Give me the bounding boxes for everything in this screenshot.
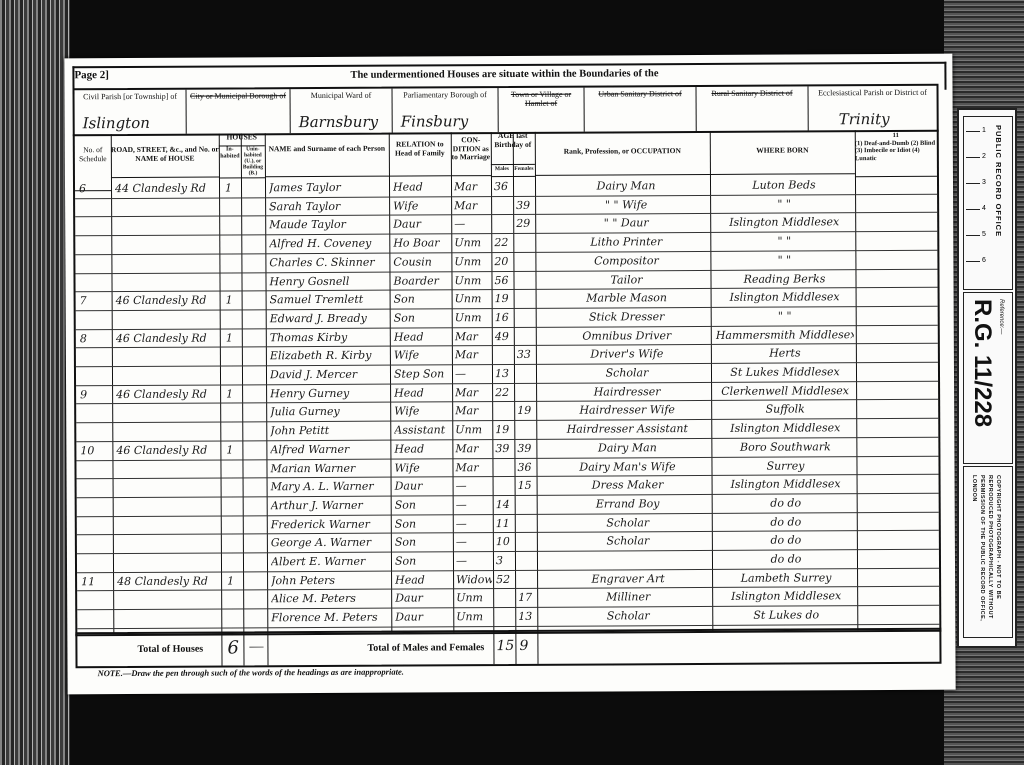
inhabited-mark: 1 — [226, 443, 240, 456]
marital-condition: Mar — [455, 330, 491, 343]
age-male: 39 — [495, 442, 513, 455]
header-relation: RELATION to Head of Family — [389, 132, 451, 176]
marital-condition: — — [456, 517, 492, 530]
marital-condition: Unm — [454, 236, 490, 249]
header-inhabited: In-habited — [219, 146, 241, 178]
occupation: Driver's Wife — [546, 347, 708, 361]
age-male: 19 — [495, 292, 513, 305]
birthplace: St Lukes do — [717, 608, 855, 622]
occupation: Milliner — [547, 590, 709, 604]
age-female: 36 — [517, 460, 535, 473]
relation-to-head: Head — [394, 386, 450, 399]
boundary-parliamentary-borough: Parliamentary Borough of Finsbury — [393, 88, 499, 133]
road-address: 46 Clandesly Rd — [116, 387, 218, 401]
header-houses: HOUSES — [219, 133, 265, 146]
relation-to-head: Son — [394, 311, 450, 324]
person-name: John Petitt — [270, 424, 388, 438]
occupation: Hairdresser — [546, 385, 708, 399]
marital-condition: Unm — [455, 423, 491, 436]
total-uninhabited-value: — — [249, 639, 263, 655]
person-name: Henry Gosnell — [269, 274, 387, 288]
road-address: 46 Clandesly Rd — [116, 443, 218, 457]
ruler-scale: PUBLIC RECORD OFFICE 123456 — [963, 116, 1013, 290]
occupation: Stick Dresser — [546, 310, 708, 324]
relation-to-head: Head — [394, 330, 450, 343]
record-office-name: PUBLIC RECORD OFFICE — [994, 125, 1003, 237]
marital-condition: — — [456, 554, 492, 567]
marital-condition: Mar — [455, 442, 491, 455]
person-name: Arthur J. Warner — [271, 499, 389, 513]
person-name: George A. Warner — [271, 536, 389, 550]
relation-to-head: Daur — [395, 480, 451, 493]
ruler-mark-label: 2 — [982, 153, 986, 160]
person-name: Marian Warner — [270, 461, 388, 475]
marital-condition: Unm — [454, 274, 490, 287]
census-table: No. of Schedule ROAD, STREET, &c., and N… — [73, 130, 942, 637]
birthplace: Islington Middlesex — [715, 216, 853, 230]
relation-to-head: Daur — [395, 592, 451, 605]
relation-to-head: Wife — [394, 461, 450, 474]
ruler-tick — [966, 157, 980, 158]
total-males-value: 15 — [496, 638, 514, 654]
birthplace: Hammersmith Middlesex — [716, 328, 854, 342]
occupation: Omnibus Driver — [546, 329, 708, 343]
schedule-number: 6 — [79, 182, 105, 195]
relation-to-head: Ho Boar — [393, 236, 449, 249]
relation-to-head: Son — [395, 498, 451, 511]
relation-to-head: Head — [393, 180, 449, 193]
birthplace: Lambeth Surrey — [717, 571, 855, 585]
marital-condition: — — [456, 498, 492, 511]
marital-condition: Mar — [455, 348, 491, 361]
occupation: Scholar — [547, 609, 709, 623]
header-road: ROAD, STREET, &c., and No. or NAME of HO… — [111, 134, 219, 179]
occupation: Dairy Man — [546, 441, 708, 455]
total-houses-value: 6 — [227, 637, 239, 658]
total-females-value: 9 — [519, 638, 528, 654]
reference-label: Reference:— — [998, 299, 1004, 334]
page-title: The undermentioned Houses are situate wi… — [350, 68, 658, 81]
age-male: 16 — [495, 311, 513, 324]
birthplace: do do — [717, 496, 855, 510]
occupation: Engraver Art — [547, 572, 709, 586]
marital-condition: Mar — [454, 180, 490, 193]
schedule-number: 9 — [80, 388, 106, 401]
header-age: AGE last Birthday of — [491, 132, 535, 165]
marital-condition: Unm — [456, 591, 492, 604]
relation-to-head: Wife — [393, 199, 449, 212]
boundary-ward: Municipal Ward of Barnsbury — [291, 89, 393, 134]
occupation: Tailor — [545, 272, 707, 286]
marital-condition: — — [456, 535, 492, 548]
birthplace: do do — [717, 515, 855, 529]
schedule-number: 10 — [80, 444, 106, 457]
ruler-mark-label: 5 — [982, 231, 986, 238]
person-name: Alfred Warner — [270, 442, 388, 456]
record-office-tag: PUBLIC RECORD OFFICE 123456 Reference:— … — [957, 108, 1017, 648]
age-male: 10 — [496, 535, 514, 548]
age-male: 19 — [495, 423, 513, 436]
total-houses-label: Total of Houses — [137, 644, 203, 655]
birthplace: Herts — [716, 346, 854, 360]
totals-row: Total of Houses 6 — Total of Males and F… — [75, 628, 941, 669]
person-name: John Peters — [271, 573, 389, 587]
boundary-urban-sanitary: Urban Sanitary District of — [585, 87, 697, 132]
occupation: " " Daur — [545, 216, 707, 230]
header-females: Females — [513, 165, 535, 177]
ruler-mark-label: 3 — [982, 179, 986, 186]
age-male: 14 — [496, 498, 514, 511]
age-female: 17 — [518, 591, 536, 604]
ruler-tick — [966, 183, 980, 184]
age-male: 49 — [495, 330, 513, 343]
boundary-town-village: Town or Village or Hamlet of — [499, 88, 585, 132]
birthplace: do do — [717, 552, 855, 566]
person-name: Mary A. L. Warner — [271, 480, 389, 494]
birthplace: " " — [715, 253, 853, 267]
relation-to-head: Step Son — [394, 367, 450, 380]
header-occupation: Rank, Profession, or OCCUPATION — [535, 131, 710, 176]
birthplace: Suffolk — [716, 403, 854, 417]
marital-condition: — — [455, 367, 491, 380]
birthplace: " " — [715, 234, 853, 248]
occupation: Dairy Man's Wife — [546, 459, 708, 473]
person-name: Edward J. Bready — [270, 312, 388, 326]
relation-to-head: Assistant — [394, 423, 450, 436]
person-name: Elizabeth R. Kirby — [270, 349, 388, 363]
relation-to-head: Cousin — [393, 255, 449, 268]
relation-to-head: Boarder — [393, 274, 449, 287]
road-address: 46 Clandesly Rd — [116, 294, 218, 308]
person-name: David J. Mercer — [270, 368, 388, 382]
ruler-tick — [966, 209, 980, 210]
relation-to-head: Son — [395, 517, 451, 530]
marital-condition: Widower — [456, 573, 492, 586]
relation-to-head: Daur — [393, 218, 449, 231]
birthplace: do do — [717, 533, 855, 547]
inhabited-mark: 1 — [226, 331, 240, 344]
age-female: 15 — [518, 479, 536, 492]
age-female: 29 — [516, 217, 534, 230]
marital-condition: — — [456, 479, 492, 492]
occupation: Hairdresser Wife — [546, 403, 708, 417]
age-male: 52 — [496, 573, 514, 586]
birthplace: Islington Middlesex — [716, 290, 854, 304]
age-female: 39 — [516, 199, 534, 212]
age-male: 22 — [495, 386, 513, 399]
ruler-tick — [966, 131, 980, 132]
age-male: 11 — [496, 517, 514, 530]
birthplace: Luton Beds — [715, 178, 853, 192]
person-name: Frederick Warner — [271, 517, 389, 531]
birthplace: Surrey — [716, 459, 854, 473]
age-male: 3 — [496, 554, 514, 567]
schedule-number: 7 — [80, 294, 106, 307]
relation-to-head: Wife — [394, 349, 450, 362]
header-condition: CON-DITION as to Marriage — [451, 132, 491, 176]
person-name: Henry Gurney — [270, 386, 388, 400]
occupation: " " Wife — [545, 198, 707, 212]
schedule-number: 8 — [80, 332, 106, 345]
birthplace: St Lukes Middlesex — [716, 365, 854, 379]
person-name: James Taylor — [269, 181, 387, 195]
age-male: 22 — [494, 236, 512, 249]
copyright-notice: COPYRIGHT PHOTOGRAPH - NOT TO BE REPRODU… — [970, 475, 1002, 625]
person-name: Alice M. Peters — [271, 592, 389, 606]
relation-to-head: Son — [395, 536, 451, 549]
boundary-rural-sanitary: Rural Sanitary District of — [696, 86, 808, 131]
marital-condition: Mar — [455, 461, 491, 474]
age-female: 13 — [518, 610, 536, 623]
marital-condition: Unm — [456, 610, 492, 623]
birthplace: " " — [715, 197, 853, 211]
occupation: Compositor — [545, 254, 707, 268]
age-female: 33 — [517, 348, 535, 361]
marital-condition: Unm — [455, 292, 491, 305]
marital-condition: Unm — [455, 311, 491, 324]
inhabited-mark: 1 — [227, 574, 241, 587]
header-uninhabited: Unin-habited (U.), or Building (B.) — [241, 146, 265, 178]
ruler-tick — [966, 261, 980, 262]
total-persons-label: Total of Males and Females — [367, 642, 484, 654]
ruler-mark-label: 4 — [982, 205, 986, 212]
relation-to-head: Head — [395, 573, 451, 586]
age-male: 20 — [494, 255, 512, 268]
relation-to-head: Daur — [395, 610, 451, 623]
scan-border-left — [0, 0, 70, 765]
road-address: 46 Clandesly Rd — [116, 331, 218, 345]
age-female: 39 — [517, 442, 535, 455]
occupation: Dairy Man — [545, 179, 707, 193]
age-male: 13 — [495, 367, 513, 380]
person-name: Maude Taylor — [269, 218, 387, 232]
occupation: Marble Mason — [546, 291, 708, 305]
relation-to-head: Wife — [394, 405, 450, 418]
road-address: 44 Clandesly Rd — [115, 182, 217, 196]
relation-to-head: Son — [394, 293, 450, 306]
person-name: Thomas Kirby — [270, 330, 388, 344]
occupation: Scholar — [546, 366, 708, 380]
occupation: Scholar — [547, 516, 709, 530]
marital-condition: Mar — [455, 404, 491, 417]
header-males: Males — [491, 165, 513, 177]
marital-condition: Mar — [454, 199, 490, 212]
person-name: Florence M. Peters — [271, 611, 389, 625]
person-name: Samuel Tremlett — [270, 293, 388, 307]
person-name: Julia Gurney — [270, 405, 388, 419]
schedule-number: 11 — [81, 575, 107, 588]
person-name: Charles C. Skinner — [269, 255, 387, 269]
age-male: 56 — [494, 273, 512, 286]
marital-condition: Mar — [455, 386, 491, 399]
birthplace: Boro Southwark — [716, 440, 854, 454]
inhabited-mark: 1 — [226, 294, 240, 307]
age-male: 36 — [494, 180, 512, 193]
footnote: NOTE.—Draw the pen through such of the w… — [98, 667, 404, 679]
relation-to-head: Head — [394, 442, 450, 455]
ruler-tick — [966, 235, 980, 236]
relation-to-head: Son — [395, 554, 451, 567]
boundary-civil-parish: Civil Parish [or Township] of Islington — [75, 90, 187, 135]
inhabited-mark: 1 — [226, 387, 240, 400]
person-name: Sarah Taylor — [269, 199, 387, 213]
boundaries-row: Civil Parish [or Township] of Islington … — [72, 84, 938, 137]
page-number: Page 2] — [74, 69, 109, 81]
header-name: NAME and Surname of each Person — [265, 133, 389, 178]
birthplace: " " — [716, 309, 854, 323]
reference-box: Reference:— R.G. 11/228 — [963, 292, 1013, 464]
occupation: Errand Boy — [547, 497, 709, 511]
birthplace: Islington Middlesex — [717, 477, 855, 491]
marital-condition: Unm — [454, 255, 490, 268]
inhabited-mark: 1 — [225, 181, 239, 194]
boundary-ecclesiastical-parish: Ecclesiastical Parish or District of Tri… — [808, 86, 936, 131]
birthplace: Clerkenwell Middlesex — [716, 384, 854, 398]
road-address: 48 Clandesly Rd — [117, 574, 219, 588]
occupation: Scholar — [547, 534, 709, 548]
marital-condition: — — [454, 217, 490, 230]
header-where-born: WHERE BORN — [710, 130, 855, 175]
person-name: Albert E. Warner — [271, 555, 389, 569]
birthplace: Islington Middlesex — [717, 590, 855, 604]
age-female: 19 — [517, 404, 535, 417]
occupation: Litho Printer — [545, 235, 707, 249]
ruler-mark-label: 1 — [982, 127, 986, 134]
birthplace: Islington Middlesex — [716, 421, 854, 435]
birthplace: Reading Berks — [715, 272, 853, 286]
reference-number: R.G. 11/228 — [968, 299, 996, 427]
person-name: Alfred H. Coveney — [269, 237, 387, 251]
census-sheet: Page 2] The undermentioned Houses are si… — [64, 54, 955, 695]
boundary-municipal-borough: City or Municipal Borough of — [187, 89, 291, 134]
copyright-box: COPYRIGHT PHOTOGRAPH - NOT TO BE REPRODU… — [963, 466, 1013, 638]
ruler-mark-label: 6 — [982, 257, 986, 264]
occupation: Hairdresser Assistant — [546, 422, 708, 436]
header-infirmity: 11 (1) Deaf-and-Dumb (2) Blind (3) Imbec… — [855, 130, 937, 177]
occupation: Dress Maker — [547, 478, 709, 492]
